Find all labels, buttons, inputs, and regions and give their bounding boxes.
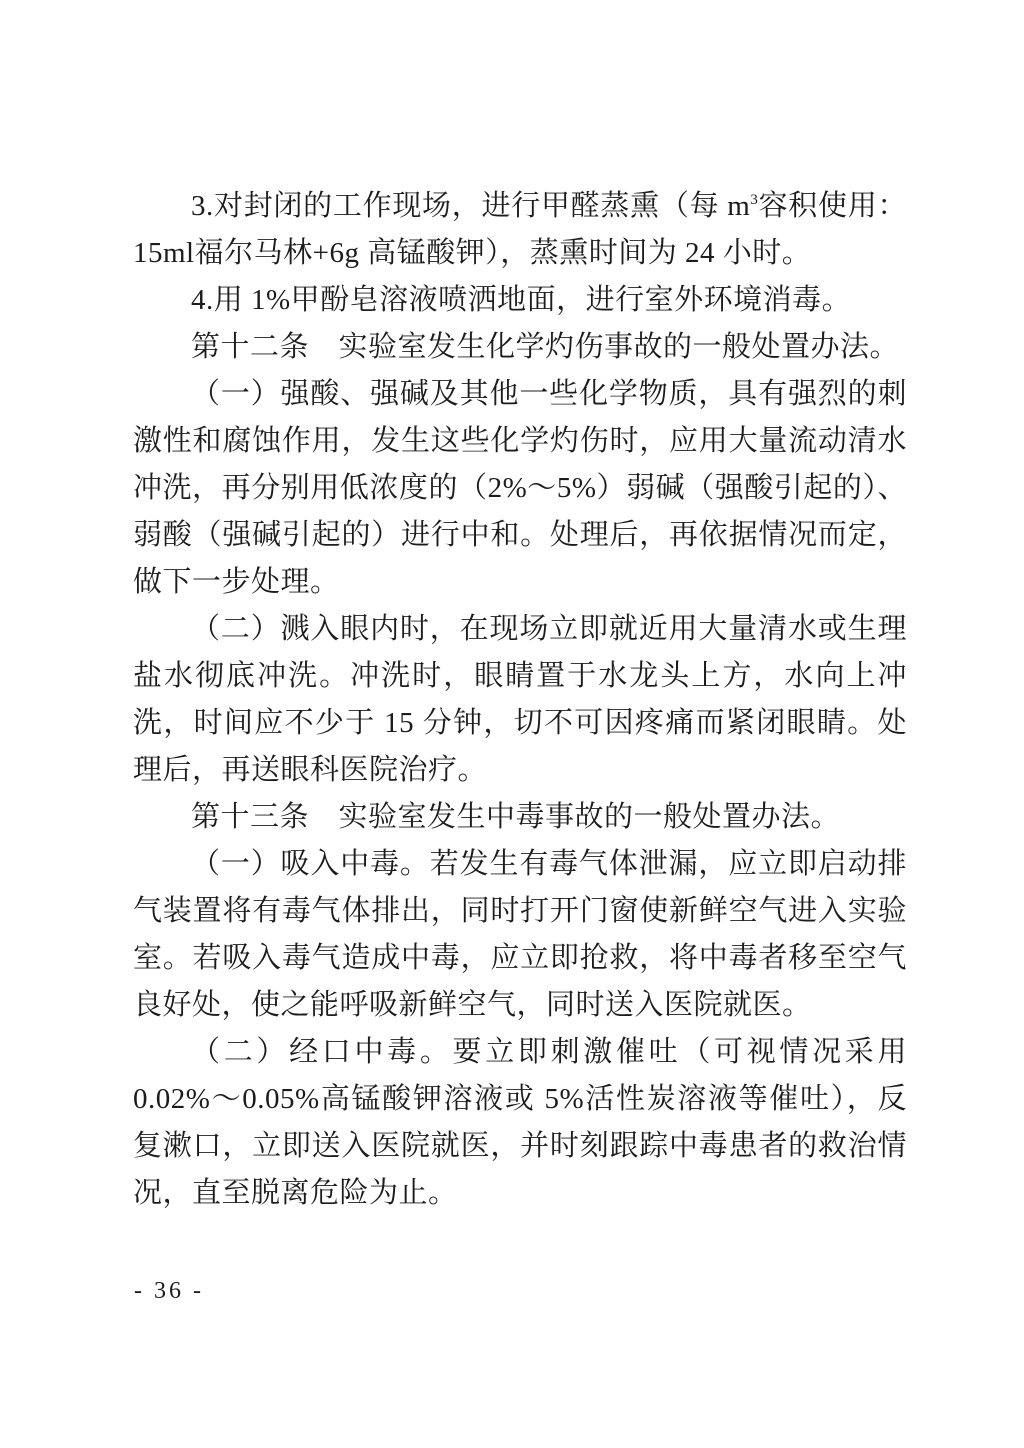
paragraph-article12-item2-eye-splash: （二）溅入眼内时，在现场立即就近用大量清水或生理盐水彻底冲洗。冲洗时，眼睛置于水… <box>133 606 907 794</box>
paragraph-article13-item1-inhalation-poisoning: （一）吸入中毒。若发生有毒气体泄漏，应立即启动排气装置将有毒气体排出，同时打开门… <box>133 841 907 1029</box>
heading-article-13: 第十三条 实验室发生中毒事故的一般处置办法。 <box>133 794 907 841</box>
paragraph-formaldehyde-fumigation: 3.对封闭的工作现场，进行甲醛蒸熏（每 m3容积使用：15ml福尔马林+6g 高… <box>133 183 907 277</box>
heading-article-12: 第十二条 实验室发生化学灼伤事故的一般处置办法。 <box>133 324 907 371</box>
paragraph-article12-item1-chemical-burn: （一）强酸、强碱及其他一些化学物质，具有强烈的刺激性和腐蚀作用，发生这些化学灼伤… <box>133 371 907 606</box>
paragraph-cresol-soap-disinfection: 4.用 1%甲酚皂溶液喷洒地面，进行室外环境消毒。 <box>133 277 907 324</box>
document-body: 3.对封闭的工作现场，进行甲醛蒸熏（每 m3容积使用：15ml福尔马林+6g 高… <box>133 183 907 1217</box>
paragraph-article13-item2-oral-poisoning: （二）经口中毒。要立即刺激催吐（可视情况采用 0.02%～0.05%高锰酸钾溶液… <box>133 1029 907 1217</box>
document-page: 3.对封闭的工作现场，进行甲醛蒸熏（每 m3容积使用：15ml福尔马林+6g 高… <box>0 0 1024 1448</box>
page-number: - 36 - <box>134 1276 204 1306</box>
paragraph-text: 3.对封闭的工作现场，进行甲醛蒸熏（每 m <box>191 190 750 222</box>
